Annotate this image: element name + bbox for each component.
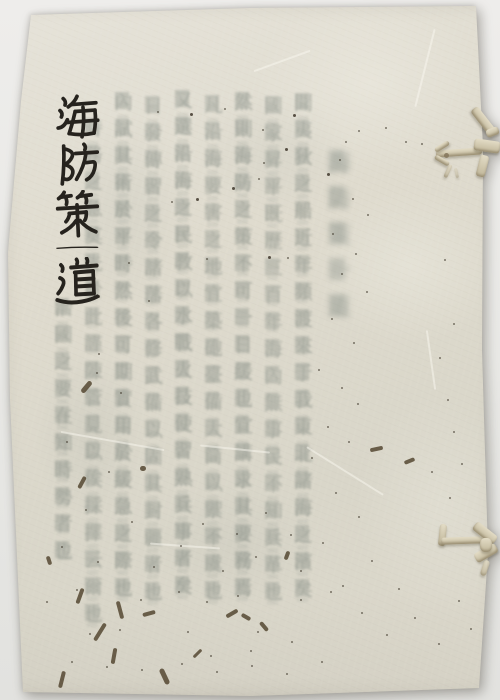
- wormhole-speck: [222, 570, 224, 572]
- wormhole-speck: [187, 631, 189, 633]
- bleedthrough-column: 然則海防之策不可一日緩也宜講求其要務焉: [232, 92, 252, 605]
- wormhole-speck: [357, 403, 359, 405]
- wormhole-speck: [358, 130, 360, 132]
- wormhole-speck: [386, 634, 388, 636]
- worm-trail: [241, 613, 252, 621]
- wormhole-speck: [438, 643, 440, 645]
- wormhole-speck: [371, 560, 373, 562]
- worm-trail: [75, 588, 84, 604]
- wormhole-speck: [449, 497, 451, 499]
- wormhole-speck: [293, 114, 296, 117]
- wormhole-speck: [140, 599, 142, 601]
- wormhole-speck: [421, 143, 423, 145]
- wormhole-speck: [405, 141, 407, 143]
- worm-trail: [116, 601, 125, 619]
- wormhole-speck: [210, 655, 212, 657]
- wormhole-speck: [119, 629, 121, 631]
- wormhole-speck: [341, 387, 343, 389]
- wormhole-speck: [232, 187, 235, 190]
- worm-trail: [370, 446, 384, 453]
- wormhole-speck: [258, 178, 260, 180]
- wormhole-speck: [85, 509, 87, 511]
- wormhole-speck: [358, 516, 360, 518]
- wormhole-speck: [286, 673, 288, 675]
- wormhole-speck: [180, 545, 182, 547]
- wormhole-speck: [153, 566, 155, 568]
- wormhole-speck: [263, 162, 265, 164]
- wormhole-speck: [268, 256, 271, 259]
- wormhole-speck: [332, 233, 334, 235]
- crease-line: [414, 29, 435, 107]
- worm-trail: [111, 648, 118, 664]
- wormhole-speck: [461, 463, 463, 465]
- wormhole-speck: [257, 631, 259, 633]
- wormhole-speck: [108, 471, 110, 473]
- wormhole-speck: [318, 369, 320, 371]
- wormhole-speck: [453, 431, 455, 433]
- wormhole-speck: [458, 600, 460, 602]
- bleedthrough-column: 治國之要在知時勢者也: [52, 298, 72, 568]
- wormhole-speck: [352, 198, 354, 200]
- wormhole-speck: [148, 300, 150, 302]
- wormhole-speck: [300, 599, 302, 601]
- wormhole-speck: [342, 585, 344, 587]
- wormhole-speck: [171, 201, 173, 203]
- wormhole-speck: [361, 612, 363, 614]
- wormhole-speck: [89, 633, 91, 635]
- wormhole-speck: [46, 601, 48, 603]
- wormhole-speck: [61, 546, 63, 548]
- wormhole-speck: [250, 650, 252, 652]
- manuscript-cover: 聞夷狄之船近年頻渡來于我東北諸海之濱矣國家昇平既歷三百年海內無事民不知兵革也然則…: [0, 0, 500, 700]
- worm-trail: [140, 466, 146, 471]
- wormhole-speck: [439, 357, 441, 359]
- wormhole-speck: [311, 457, 313, 459]
- wormhole-speck: [97, 561, 99, 563]
- wormhole-speck: [106, 666, 108, 668]
- wormhole-speck: [190, 113, 193, 116]
- wormhole-speck: [76, 589, 78, 591]
- wormhole-speck: [321, 661, 323, 663]
- wormhole-speck: [431, 471, 433, 473]
- photo-backdrop: 聞夷狄之船近年頻渡來于我東北諸海之濱矣國家昇平既歷三百年海內無事民不知兵革也然則…: [0, 0, 500, 700]
- wormhole-speck: [178, 591, 180, 593]
- crease-line: [306, 446, 383, 495]
- wormhole-speck: [206, 601, 208, 603]
- wormhole-speck: [181, 663, 183, 665]
- wormhole-speck: [355, 253, 357, 255]
- wormhole-speck: [262, 129, 264, 131]
- crease-line: [253, 50, 310, 72]
- wormhole-speck: [131, 521, 133, 523]
- worm-trail: [225, 609, 238, 619]
- worm-trail: [142, 610, 156, 617]
- wormhole-speck: [285, 148, 288, 151]
- worm-trail: [80, 380, 93, 394]
- wormhole-speck: [444, 259, 446, 261]
- wormhole-speck: [290, 534, 292, 536]
- worm-trail: [77, 476, 87, 489]
- wormhole-speck: [96, 372, 98, 374]
- crease-line: [200, 444, 270, 453]
- wormhole-speck: [71, 661, 73, 663]
- worm-trail: [284, 551, 291, 561]
- wormhole-speck: [287, 257, 289, 259]
- wormhole-speck: [327, 426, 329, 428]
- wormhole-speck: [366, 291, 368, 293]
- paper-cord: [485, 126, 500, 138]
- wormhole-speck: [255, 556, 257, 558]
- cover-title-text: 海防策一道: [52, 94, 109, 304]
- wormhole-speck: [353, 342, 355, 344]
- wormhole-speck: [98, 353, 100, 355]
- wormhole-speck: [367, 214, 369, 216]
- wormhole-speck: [202, 523, 204, 525]
- wormhole-speck: [120, 392, 122, 394]
- wormhole-speck: [196, 198, 199, 201]
- wormhole-speck: [339, 159, 341, 161]
- bleedthrough-column: 聞夷狄之船近年頻渡來于我東北諸海之濱矣: [292, 93, 312, 606]
- wormhole-speck: [128, 262, 130, 264]
- worm-trail: [58, 671, 66, 688]
- wormhole-speck: [265, 512, 267, 514]
- worm-trail: [46, 556, 53, 566]
- wormhole-speck: [330, 591, 332, 593]
- wormhole-speck: [414, 617, 416, 619]
- worm-trail: [93, 622, 107, 641]
- bleedthrough-column: 內試其術於平時然後可期實用於緩急之際也: [112, 92, 132, 605]
- bleedthrough-column: 又選沿海之民教以水戰火技使習熟兵事者矣: [172, 90, 192, 603]
- wormhole-speck: [206, 258, 208, 260]
- wormhole-speck: [141, 669, 143, 671]
- wormhole-speck: [224, 108, 226, 110]
- wormhole-speck: [398, 588, 400, 590]
- wormhole-speck: [341, 273, 343, 275]
- wormhole-speck: [385, 127, 387, 129]
- wormhole-speck: [453, 323, 455, 325]
- wormhole-speck: [236, 533, 238, 535]
- crease-line: [61, 431, 165, 451]
- wormhole-speck: [470, 628, 472, 630]
- bleedthrough-column: 日發傳習之令諸藩各修武備以固其封疆者也: [142, 96, 162, 609]
- wormhole-speck: [331, 318, 333, 320]
- wormhole-speck: [345, 141, 347, 143]
- worm-trail: [404, 457, 416, 465]
- bleedthrough-column: 凡沿海要害之地宜築砲臺備大筒以禦不虞也: [202, 95, 222, 608]
- worm-trail: [259, 621, 269, 632]
- wormhole-speck: [66, 441, 68, 443]
- wormhole-speck: [300, 570, 302, 572]
- crease-line: [426, 330, 436, 390]
- worm-trail: [159, 668, 171, 686]
- bleedthrough-column: 國家昇平既歷三百年海內無事民不知兵革也: [262, 96, 282, 609]
- wormhole-speck: [447, 399, 449, 401]
- bleedthrough-ghost-title: 海防策一道: [324, 150, 350, 330]
- crease-line: [150, 543, 220, 550]
- wormhole-speck: [322, 542, 324, 544]
- worm-trail: [193, 649, 203, 659]
- wormhole-speck: [291, 641, 293, 643]
- wormhole-speck: [237, 595, 239, 597]
- wormhole-speck: [335, 492, 337, 494]
- wormhole-speck: [216, 671, 218, 673]
- wormhole-speck: [348, 441, 350, 443]
- book-wrap: 聞夷狄之船近年頻渡來于我東北諸海之濱矣國家昇平既歷三百年海內無事民不知兵革也然則…: [0, 0, 500, 700]
- wormhole-speck: [327, 173, 330, 176]
- wormhole-speck: [251, 665, 253, 667]
- wormhole-speck: [157, 111, 159, 113]
